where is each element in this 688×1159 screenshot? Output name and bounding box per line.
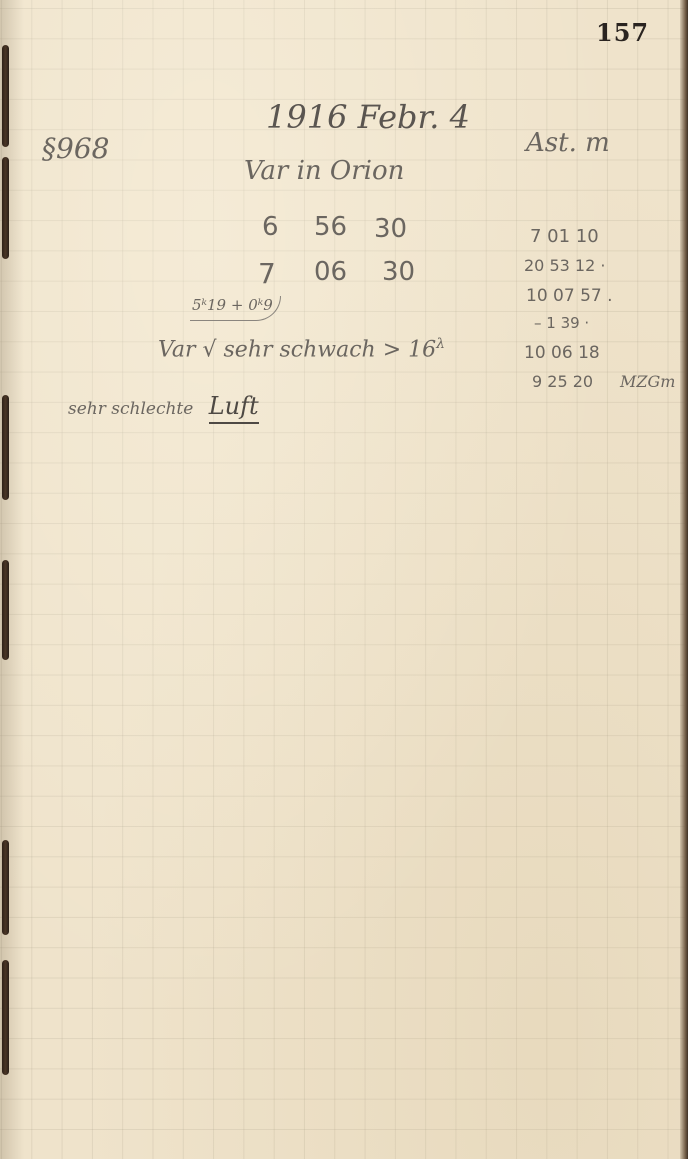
time-hours: 6	[262, 212, 279, 242]
time-system-label: MZGm	[620, 372, 675, 391]
binding-stitch	[2, 840, 9, 935]
remark-superscript: λ	[436, 336, 445, 352]
side-row: 20 53 12 ·	[524, 256, 605, 275]
binding-stitch	[2, 560, 9, 660]
page-edge	[680, 0, 688, 1159]
observation-date: 1916 Febr. 4	[266, 98, 470, 136]
side-row: – 1 39 ·	[534, 314, 589, 332]
notebook-page: 157 §968 1916 Febr. 4 Var in Orion Ast. …	[0, 0, 688, 1159]
sky-condition-prefix: sehr schlechte	[68, 399, 193, 419]
observation-remark: Var √ sehr schwach > 16λ	[158, 336, 445, 362]
binding-stitch	[2, 45, 9, 147]
time-hours: 7	[258, 257, 276, 290]
side-row: 9 25 20	[532, 372, 593, 391]
sky-condition: sehr schlechte Luft	[68, 392, 259, 420]
side-row: 10 06 18	[524, 343, 600, 363]
time-minutes: 56	[314, 212, 347, 242]
page-number: 157	[596, 18, 649, 47]
binding-stitch	[2, 960, 9, 1075]
side-row: 7 01 10	[530, 226, 599, 247]
binding-stitch	[2, 157, 9, 259]
remark-text: Var √ sehr schwach > 16	[158, 337, 436, 362]
correction-oval	[190, 296, 281, 321]
side-row: 10 07 57 .	[526, 286, 613, 306]
time-seconds: 30	[382, 257, 415, 287]
observed-object: Var in Orion	[244, 156, 404, 186]
entry-reference: §968	[42, 132, 109, 165]
time-seconds: 30	[374, 214, 407, 244]
sky-condition-word: Luft	[209, 392, 259, 424]
side-column-heading: Ast. m	[526, 128, 610, 158]
time-minutes: 06	[314, 257, 347, 287]
binding-stitch	[2, 395, 9, 500]
